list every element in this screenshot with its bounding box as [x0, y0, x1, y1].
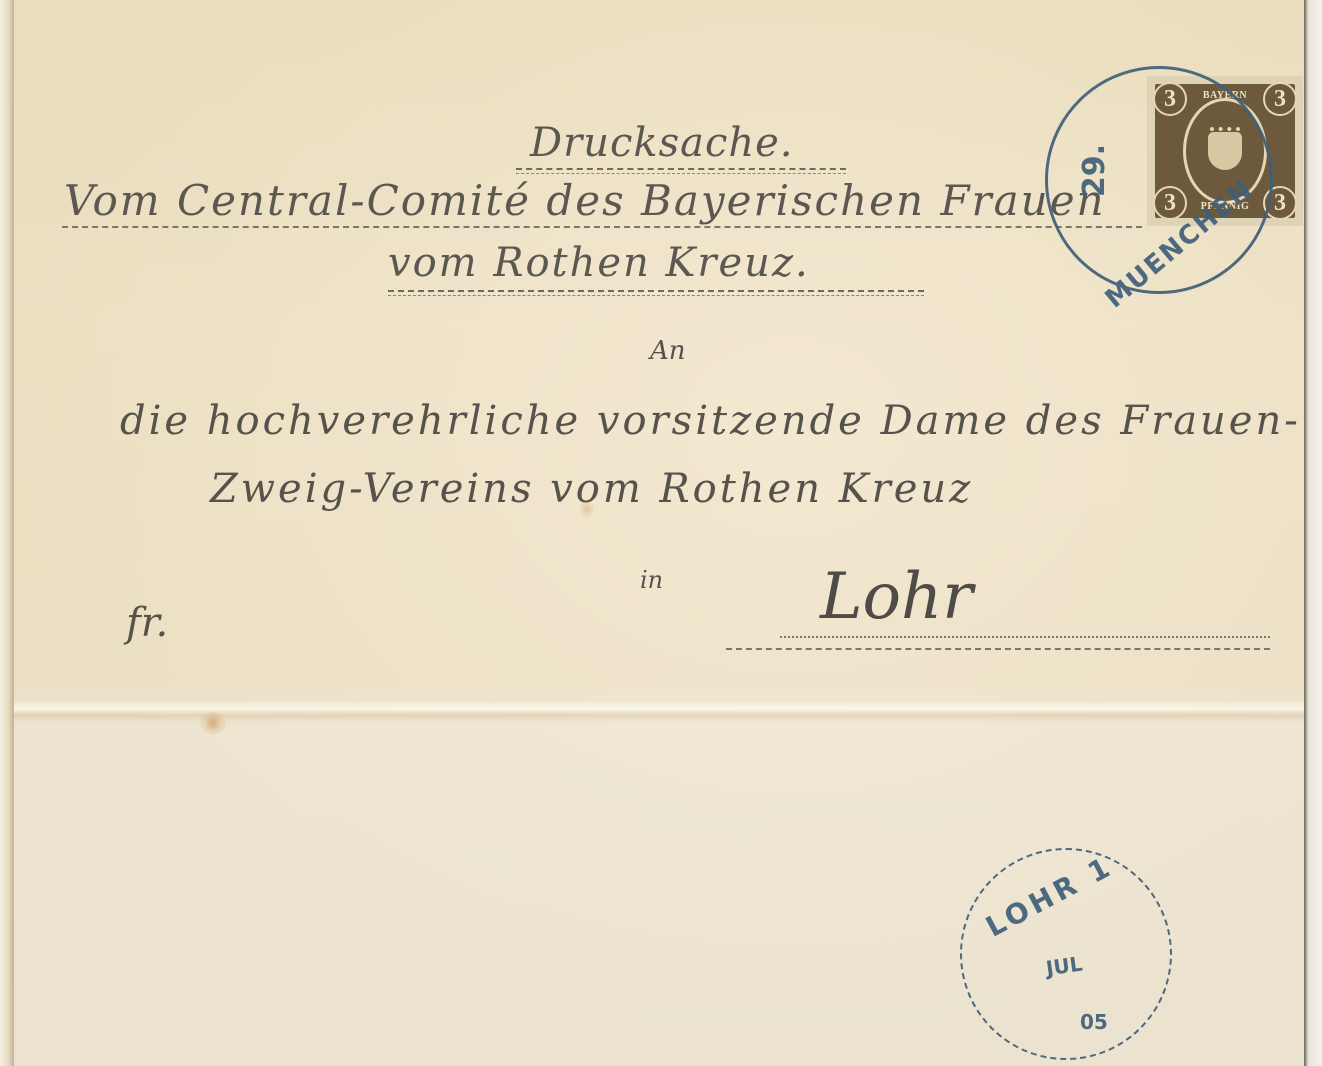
stamp-value-top-right: 3	[1263, 82, 1297, 116]
city-dotted-rule	[780, 636, 1270, 638]
postmark-month: JUL	[1045, 952, 1084, 981]
sender-line-1: Vom Central-Comité des Bayerischen Fraue…	[64, 176, 1106, 225]
sender-line-2-rule	[388, 290, 924, 292]
franco-note: fr.	[126, 600, 168, 646]
paper-right-edge	[1304, 0, 1322, 1066]
departure-postmark: 29. MUENCHEN	[1045, 66, 1273, 294]
sender-line-2: vom Rothen Kreuz.	[388, 240, 810, 286]
paper-left-edge	[0, 0, 14, 1066]
city-rule	[726, 648, 1270, 650]
address-line-1: die hochverehrliche vorsitzende Dame des…	[120, 398, 1301, 444]
postmark-day: 29.	[1077, 144, 1112, 197]
letter-sheet: Drucksache. Vom Central-Comité des Bayer…	[0, 0, 1322, 1066]
postmark-town: LOHR 1	[980, 849, 1118, 943]
foxing-stain	[200, 712, 226, 734]
salutation: An	[650, 336, 686, 366]
address-line-2: Zweig-Vereins vom Rothen Kreuz	[210, 466, 973, 512]
sender-line-1-rule	[62, 226, 1142, 228]
address-preposition: in	[640, 566, 663, 594]
postmark-town: MUENCHEN	[1100, 174, 1259, 315]
postmark-year: 05	[1080, 1010, 1108, 1034]
header-underline	[516, 168, 846, 170]
printed-matter-label: Drucksache.	[530, 120, 794, 166]
arrival-postmark: LOHR 1 JUL 05	[960, 848, 1172, 1060]
address-city: Lohr	[820, 560, 973, 634]
